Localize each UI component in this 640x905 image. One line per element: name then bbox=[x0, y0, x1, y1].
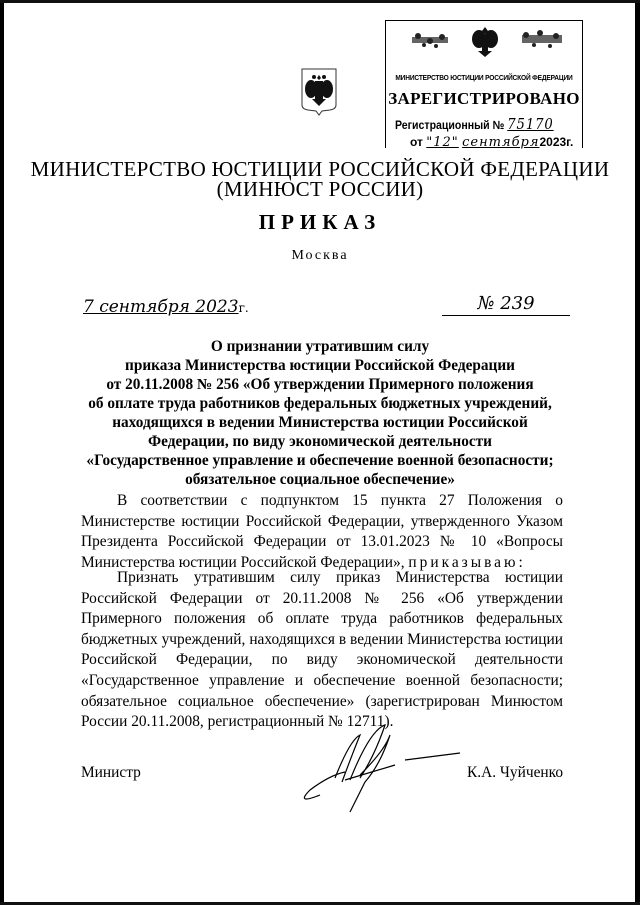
stamp-date-year: 2023г. bbox=[539, 135, 573, 149]
stamp-date-prefix: от bbox=[410, 135, 423, 149]
stamp-status: ЗАРЕГИСТРИРОВАНО bbox=[386, 89, 582, 109]
stamp-reg-number: 75170 bbox=[507, 115, 553, 133]
stamp-reg-label: Регистрационный № bbox=[395, 118, 504, 132]
subject-line: обязательное социальное обеспечение» bbox=[70, 470, 570, 489]
order-date-value: 7 сентября 2023 bbox=[83, 297, 239, 317]
scan-border-top bbox=[0, 0, 640, 3]
subject-line: О признании утратившим силу bbox=[70, 337, 570, 356]
stamp-date-day: "12" bbox=[426, 135, 459, 150]
handwritten-signature-icon bbox=[290, 720, 470, 820]
stamp-ornament-left-icon bbox=[404, 29, 456, 51]
stamp-date-month: сентября bbox=[462, 135, 539, 150]
city: Москва bbox=[0, 248, 640, 264]
order-number: № 239 bbox=[442, 293, 570, 316]
order-subject: О признании утратившим силу приказа Мини… bbox=[70, 337, 570, 489]
signer-name: К.А. Чуйченко bbox=[467, 764, 563, 782]
stamp-registration-number: Регистрационный № 75170 bbox=[395, 115, 554, 133]
order-date-suffix: г. bbox=[239, 301, 249, 315]
stamp-registration-date: от "12" сентября2023г. bbox=[410, 135, 573, 150]
stamp-eagle-icon bbox=[470, 25, 500, 59]
registration-stamp: МИНИСТЕРСТВО ЮСТИЦИИ РОССИЙСКОЙ ФЕДЕРАЦИ… bbox=[385, 20, 583, 148]
scan-border-right bbox=[635, 0, 640, 905]
body-paragraph-decision: Признать утратившим силу приказ Министер… bbox=[81, 568, 563, 733]
ministry-short-name: (МИНЮСТ РОССИИ) bbox=[0, 178, 640, 200]
subject-line: находящихся в ведении Министерства юстиц… bbox=[70, 413, 570, 432]
body-paragraph-preamble: В соответствии с подпунктом 15 пункта 27… bbox=[81, 491, 563, 573]
order-date: 7 сентября 2023г. bbox=[83, 297, 249, 317]
subject-line: об оплате труда работников федеральных б… bbox=[70, 394, 570, 413]
subject-line: «Государственное управление и обеспечени… bbox=[70, 451, 570, 470]
stamp-ornament-right-icon bbox=[516, 29, 568, 51]
stamp-ministry-name: МИНИСТЕРСТВО ЮСТИЦИИ РОССИЙСКОЙ ФЕДЕРАЦИ… bbox=[394, 73, 574, 82]
document-type: ПРИКАЗ bbox=[0, 210, 640, 235]
subject-line: от 20.11.2008 № 256 «Об утверждении Прим… bbox=[70, 375, 570, 394]
scan-border-left bbox=[0, 0, 4, 905]
subject-line: Федерации, по виду экономической деятель… bbox=[70, 432, 570, 451]
subject-line: приказа Министерства юстиции Российской … bbox=[70, 356, 570, 375]
signer-title: Министр bbox=[81, 764, 141, 782]
russian-coat-of-arms-icon bbox=[300, 67, 338, 117]
